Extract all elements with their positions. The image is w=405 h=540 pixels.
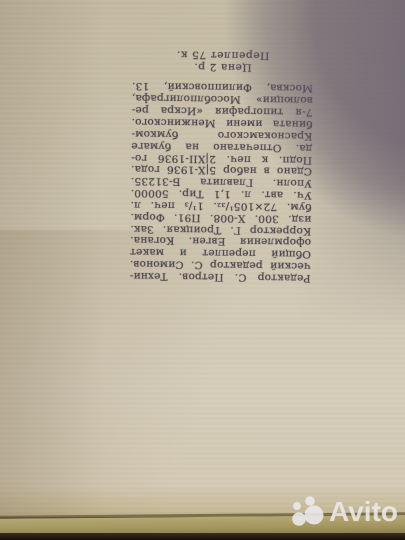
colophon-text-block: Редактор С. Петров. Техни- ческий редакт… (130, 47, 314, 283)
table-surface (0, 533, 405, 540)
photo-stage: Редактор С. Петров. Техни- ческий редакт… (0, 0, 405, 540)
price-block: Цена 2 р. Переплет 75 к. (132, 47, 313, 73)
binding-price-line: Переплет 75 к. (132, 47, 313, 61)
colophon-line: Москва, Филипповский, 13. (132, 80, 313, 94)
